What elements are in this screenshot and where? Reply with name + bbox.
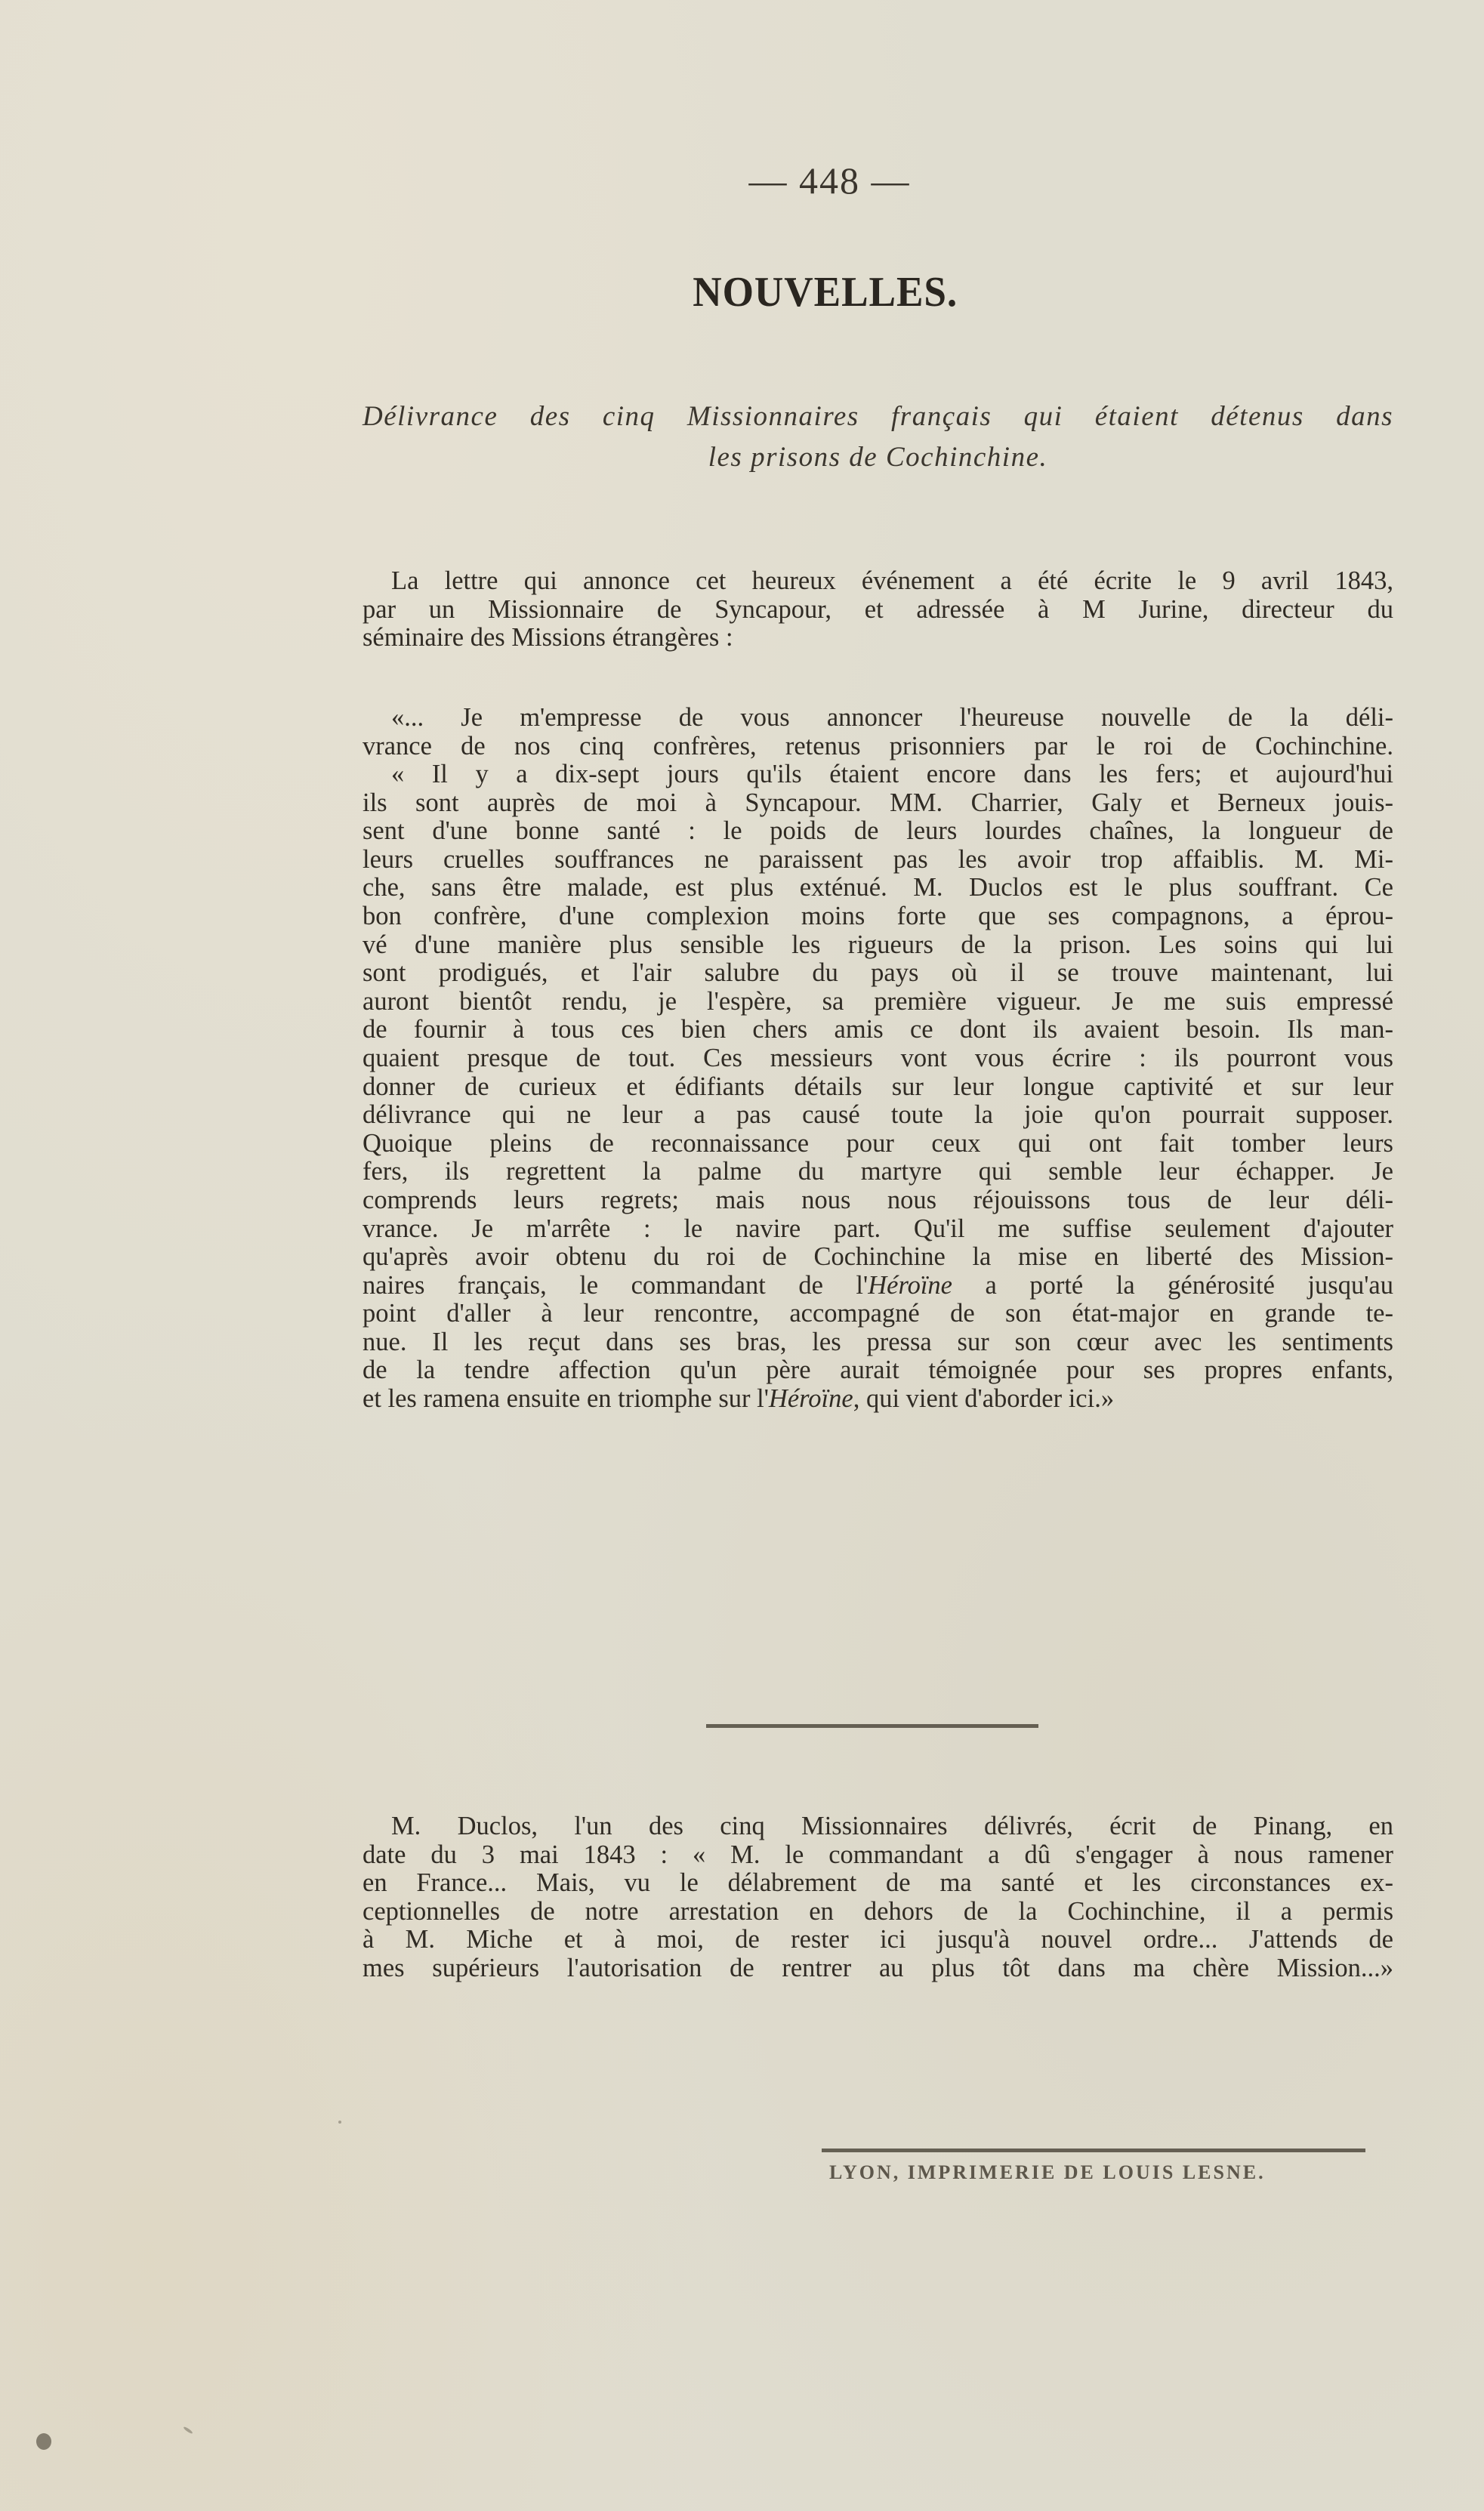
- subtitle-line: Délivrance des cinq Missionnaires frança…: [363, 396, 1393, 437]
- text-line: séminaire des Missions étrangères :: [363, 624, 1393, 652]
- text-line: de fournir à tous ces bien chers amis ce…: [363, 1016, 1393, 1044]
- text-line: leurs cruelles souffrances ne paraissent…: [363, 846, 1393, 875]
- text-line: bon confrère, d'une complexion moins for…: [363, 902, 1393, 931]
- text-line: vrance de nos cinq confrères, retenus pr…: [363, 733, 1393, 761]
- text-line: et les ramena ensuite en triomphe sur l'…: [363, 1385, 1393, 1414]
- text-line: «... Je m'empresse de vous annoncer l'he…: [363, 704, 1393, 733]
- ship-name-heroine: Héroïne: [868, 1271, 952, 1300]
- text-line: che, sans être malade, est plus exténué.…: [363, 874, 1393, 902]
- page-number: — 448 —: [0, 159, 1484, 202]
- scanned-page: — 448 — NOUVELLES. Délivrance des cinq M…: [0, 0, 1484, 2511]
- text-line: date du 3 mai 1843 : « M. le commandant …: [363, 1841, 1393, 1870]
- ship-name-heroine: Héroïne: [769, 1384, 853, 1413]
- paper-speck: [36, 2433, 51, 2450]
- text-line: Quoique pleins de reconnaissance pour ce…: [363, 1130, 1393, 1158]
- printer-imprint: LYON, IMPRIMERIE DE LOUIS LESNE.: [829, 2161, 1358, 2184]
- paper-speck: [183, 2426, 193, 2434]
- text-line: qu'après avoir obtenu du roi de Cochinch…: [363, 1243, 1393, 1272]
- text-line: comprends leurs regrets; mais nous nous …: [363, 1186, 1393, 1215]
- letter-paragraph-1: «... Je m'empresse de vous annoncer l'he…: [363, 704, 1393, 760]
- letter-paragraph-2: « Il y a dix-sept jours qu'ils étaient e…: [363, 760, 1393, 1414]
- text-line: sent d'une bonne santé : le poids de leu…: [363, 817, 1393, 846]
- text-line: à M. Miche et à moi, de rester ici jusqu…: [363, 1926, 1393, 1954]
- text-line: en France... Mais, vu le délabrement de …: [363, 1869, 1393, 1898]
- text-line: nue. Il les reçut dans ses bras, les pre…: [363, 1328, 1393, 1357]
- article-subtitle: Délivrance des cinq Missionnaires frança…: [363, 396, 1393, 478]
- paper-speck: [338, 2121, 341, 2124]
- text-line: ceptionnelles de notre arrestation en de…: [363, 1898, 1393, 1926]
- text-line: point d'aller à leur rencontre, accompag…: [363, 1300, 1393, 1328]
- text-line: sont prodigués, et l'air salubre du pays…: [363, 959, 1393, 988]
- text-line: délivrance qui ne leur a pas causé toute…: [363, 1101, 1393, 1130]
- text-line: naires français, le commandant de l'Héro…: [363, 1272, 1393, 1300]
- text-line: vé d'une manière plus sensible les rigue…: [363, 931, 1393, 960]
- text-fragment: et les ramena ensuite en triomphe sur l': [363, 1384, 769, 1413]
- text-fragment: , qui vient d'aborder ici.»: [853, 1384, 1114, 1413]
- text-line: ils sont auprès de moi à Syncapour. MM. …: [363, 789, 1393, 818]
- text-line: M. Duclos, l'un des cinq Missionnaires d…: [363, 1812, 1393, 1841]
- text-line: donner de curieux et édifiants détails s…: [363, 1073, 1393, 1102]
- text-line: La lettre qui annonce cet heureux événem…: [363, 567, 1393, 596]
- text-line: mes supérieurs l'autorisation de rentrer…: [363, 1954, 1393, 1983]
- text-fragment: a porté la générosité jusqu'au: [952, 1271, 1393, 1300]
- text-line: fers, ils regrettent la palme du martyre…: [363, 1158, 1393, 1186]
- text-line: vrance. Je m'arrête : le navire part. Qu…: [363, 1215, 1393, 1244]
- imprint-rule: [822, 2149, 1365, 2152]
- subtitle-line: les prisons de Cochinchine.: [363, 437, 1393, 478]
- duclos-paragraph: M. Duclos, l'un des cinq Missionnaires d…: [363, 1812, 1393, 1983]
- text-line: par un Missionnaire de Syncapour, et adr…: [363, 596, 1393, 625]
- intro-paragraph: La lettre qui annonce cet heureux événem…: [363, 567, 1393, 652]
- section-divider-rule: [706, 1724, 1038, 1728]
- text-line: « Il y a dix-sept jours qu'ils étaient e…: [363, 760, 1393, 789]
- section-title: NOUVELLES.: [37, 268, 1447, 316]
- text-line: quaient presque de tout. Ces messieurs v…: [363, 1044, 1393, 1073]
- text-line: auront bientôt rendu, je l'espère, sa pr…: [363, 988, 1393, 1016]
- text-line: de la tendre affection qu'un père aurait…: [363, 1356, 1393, 1385]
- text-fragment: naires français, le commandant de l': [363, 1271, 868, 1300]
